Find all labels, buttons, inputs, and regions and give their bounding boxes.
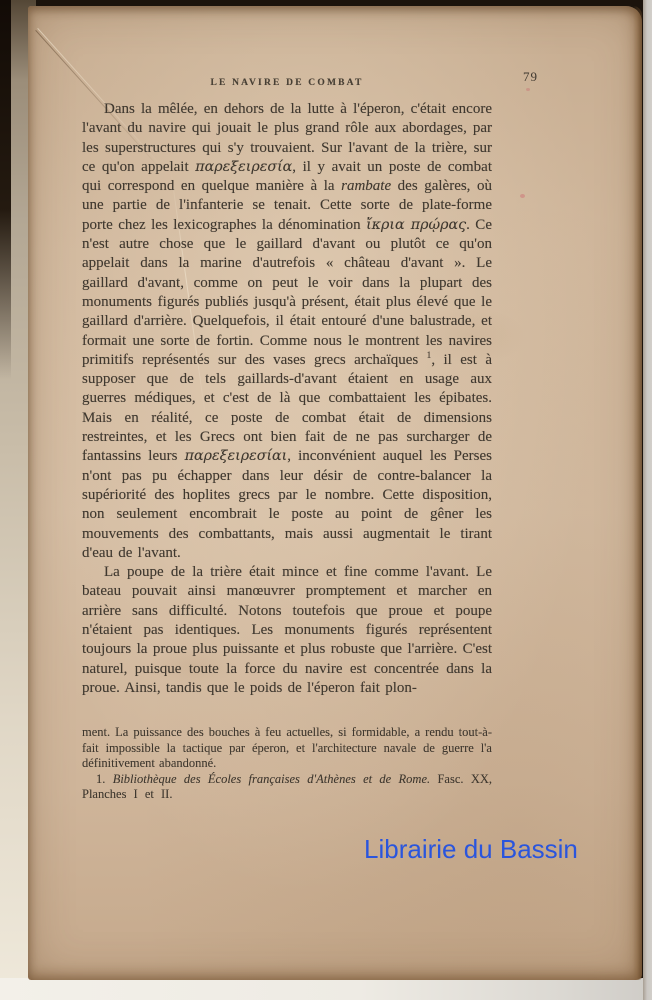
book-page: LE NAVIRE DE COMBAT 79 Dans la mêlée, en… — [28, 6, 642, 980]
paragraph: La poupe de la trière était mince et fin… — [82, 563, 492, 698]
under-page-edge — [0, 978, 652, 1000]
paragraph: 1. Bibliothèque des Écoles françaises d'… — [82, 772, 492, 803]
body-text: Dans la mêlée, en dehors de la lutte à l… — [82, 100, 492, 698]
bookseller-watermark: Librairie du Bassin — [364, 834, 578, 865]
background-strip — [643, 0, 652, 1000]
gutter-shadow — [0, 0, 11, 380]
page-number: 79 — [498, 69, 538, 85]
book-photo: LE NAVIRE DE COMBAT 79 Dans la mêlée, en… — [0, 0, 652, 1000]
footnotes: ment. La puissance des bouches à feu act… — [82, 725, 492, 803]
running-header: LE NAVIRE DE COMBAT 79 — [82, 72, 492, 90]
printed-content: LE NAVIRE DE COMBAT 79 Dans la mêlée, en… — [28, 6, 642, 980]
paragraph: Dans la mêlée, en dehors de la lutte à l… — [82, 100, 492, 563]
paragraph: ment. La puissance des bouches à feu act… — [82, 725, 492, 772]
running-title: LE NAVIRE DE COMBAT — [210, 78, 363, 88]
